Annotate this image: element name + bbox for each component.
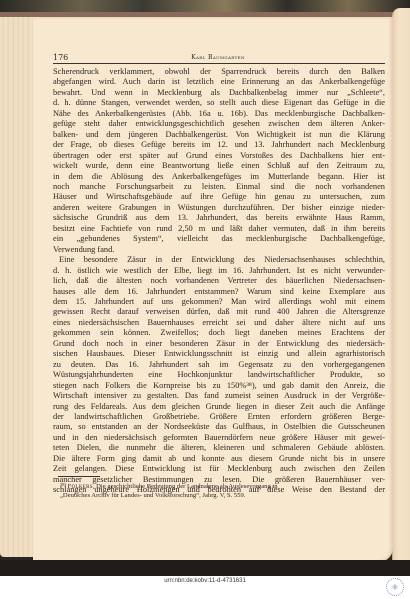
text-line: gekommen sein können. Zweifellos; doch l…: [53, 328, 385, 338]
facing-page-edge: [392, 8, 410, 563]
text-line: und in den niedersächsisch geformten Bau…: [53, 433, 385, 443]
text-line: ein „gebundenes System“, vielleicht das …: [53, 234, 385, 244]
text-line: Zeit gelangen. Diese Entwicklung ist für…: [53, 464, 385, 474]
text-line: in dem die Ablösung des Ankerbalkengefüg…: [53, 172, 385, 182]
body-text: Scherendruck verklammert, obwohl der Spa…: [53, 67, 385, 496]
text-line: hauses alle dem 16. Jahrhundert entstamm…: [53, 287, 385, 297]
text-line: rung des Feldareals. Aus dem gleichen Gr…: [53, 402, 385, 412]
text-line: Wirtschaft intensiver zu gestalten. Das …: [53, 391, 385, 401]
text-line: balken- und dem jüngeren Dachbalkengerüs…: [53, 130, 385, 140]
text-line: bewahrt. Und wenn in Mecklenburg als Dac…: [53, 88, 385, 98]
text-line: stiegen nach Folkers die Kornpreise bis …: [53, 381, 385, 391]
footnote-line-2: „Deutsches Archiv für Landes- und Volksf…: [60, 492, 382, 501]
text-line: besitzt eine Fachtiefe von rund 2,50 m u…: [53, 224, 385, 234]
running-head-author: Karl Baumgarten: [53, 54, 383, 61]
text-line: der landwirtschaftlichen Großbetriebe. G…: [53, 412, 385, 422]
book-scan: 176 Karl Baumgarten Scherendruck verklam…: [0, 0, 410, 576]
text-line: Häuser und Wirtschaftsgebäude auf ihre G…: [53, 192, 385, 202]
text-line: d. h. dünne Stangen, verwendet werden, s…: [53, 98, 385, 108]
text-line: Scherendruck verklammert, obwohl der Spa…: [53, 67, 385, 77]
book-bottom-edge: [0, 560, 410, 576]
text-line: Eine besondere Zäsur in der Entwicklung …: [53, 255, 385, 265]
text-line: Verwendung fand.: [53, 245, 385, 255]
footnote-author: Folkers: [68, 483, 93, 490]
text-line: abgefangen wird. Auch darin ist letztlic…: [53, 77, 385, 87]
text-line: sächsische Grundriß aus dem 13. Jahrhund…: [53, 213, 385, 223]
text-line: der Frage, ob dieses Gefüge bereits im 1…: [53, 140, 385, 150]
footnote-marker: 38): [60, 482, 66, 487]
text-line: teten Dielen, die nunmehr die älteren, k…: [53, 443, 385, 453]
footnote-line-1: 38) Folkers, Die geschichtliche Bedeutun…: [60, 481, 382, 492]
text-line: noch manche Forschungsarbeit zu leisten.…: [53, 182, 385, 192]
text-line: lich, daß die ältesten noch vorhandenen …: [53, 276, 385, 286]
text-line: übertragen oder erst später auf Grund ei…: [53, 151, 385, 161]
text-line: Wüstungsjahrhunderten eine Hochkonjunktu…: [53, 370, 385, 380]
text-line: gefüge steht daher entwicklungsgeschicht…: [53, 119, 385, 129]
footnote-text-1: , Die geschichtliche Bedeutung der Landn…: [93, 483, 278, 490]
footnote-rule: [58, 476, 100, 477]
text-line: dem 15. Jahrhundert auf uns gekommen? Ma…: [53, 297, 385, 307]
urn-identifier: urn:nbn:de:kobv:11-d-4731631: [0, 578, 410, 584]
text-line: anderen weitere Grabungen in Wüstungen d…: [53, 203, 385, 213]
text-line: d. h. östlich wie westlich der Elbe, lie…: [53, 266, 385, 276]
text-line: Grund doch noch in einer besonderen Zäsu…: [53, 339, 385, 349]
header-rule: [53, 63, 385, 64]
text-line: Die ältere Form ging damit ab und konnte…: [53, 454, 385, 464]
footnote: 38) Folkers, Die geschichtliche Bedeutun…: [60, 481, 382, 501]
library-seal-icon: ⚛: [386, 578, 404, 596]
text-line: gewissen Recht darauf verweisen dürfen, …: [53, 307, 385, 317]
text-line: raum, so entstanden an der Nordseeküste …: [53, 422, 385, 432]
text-line: eines niedersächsischen Bauernhauses err…: [53, 318, 385, 328]
text-line: wickelt wurde, denn eine Beantwortung li…: [53, 161, 385, 171]
text-line: zu deuten. Das 16. Jahrhundert sah im Ge…: [53, 360, 385, 370]
text-line: sischen Hausbaues. Dieser Entwicklungssc…: [53, 349, 385, 359]
text-line: Nähe des Ankerbalkengerüstes (Abb. 16a u…: [53, 109, 385, 119]
